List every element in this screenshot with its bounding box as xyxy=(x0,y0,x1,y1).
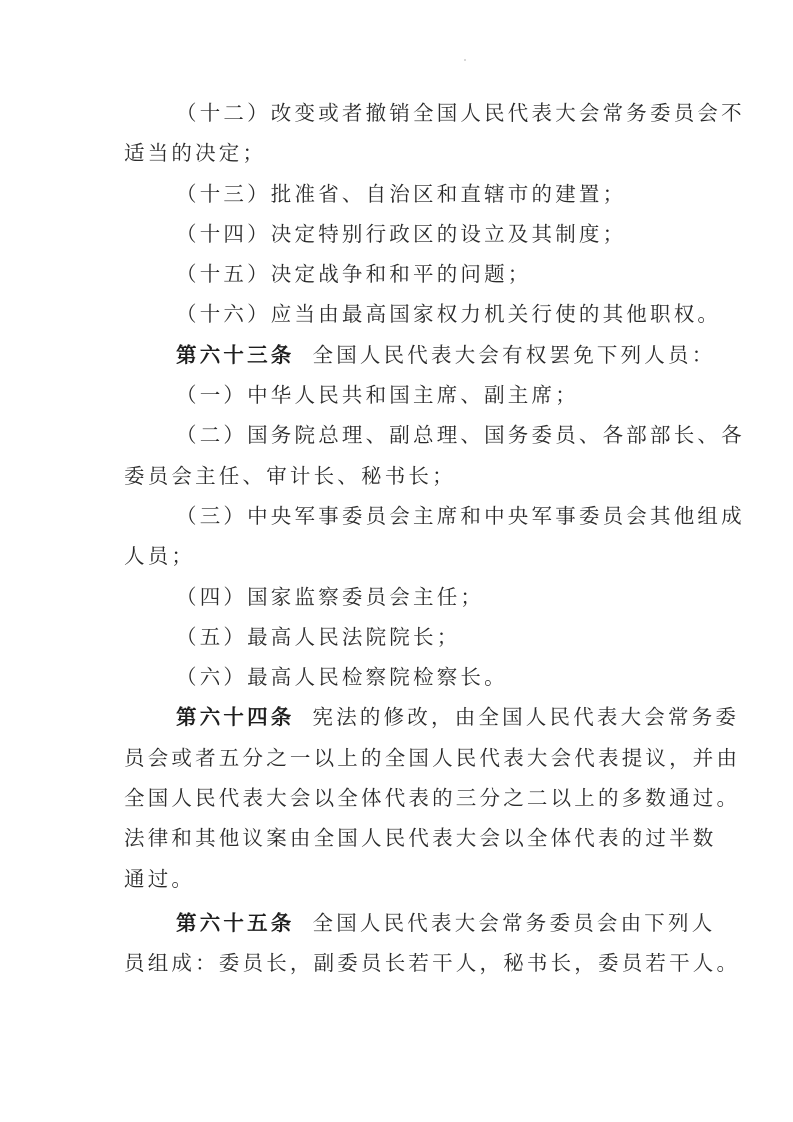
article-text: 全国人民代表大会常务委员会由下列人 xyxy=(313,911,716,935)
text-line: 员会或者五分之一以上的全国人民代表大会代表提议，并由 xyxy=(124,738,688,778)
document-page: （十二）改变或者撤销全国人民代表大会常务委员会不 适当的决定； （十三）批准省、… xyxy=(124,93,688,984)
text-line: （十二）改变或者撤销全国人民代表大会常务委员会不 xyxy=(124,93,688,133)
article-63: 第六十三条全国人民代表大会有权罢免下列人员： xyxy=(124,335,688,375)
text-line: 法律和其他议案由全国人民代表大会以全体代表的过半数 xyxy=(124,818,688,858)
text-line: （十五）决定战争和和平的问题； xyxy=(124,254,688,294)
text-line: 员组成：委员长，副委员长若干人，秘书长，委员若干人。 xyxy=(124,943,688,983)
text-line: （二）国务院总理、副总理、国务委员、各部部长、各 xyxy=(124,415,688,455)
article-heading: 第六十五条 xyxy=(176,911,295,935)
text-line: 委员会主任、审计长、秘书长； xyxy=(124,456,688,496)
text-line: （六）最高人民检察院检察长。 xyxy=(124,657,688,697)
article-intro: 全国人民代表大会有权罢免下列人员： xyxy=(313,343,716,367)
text-line: （十六）应当由最高国家权力机关行使的其他职权。 xyxy=(124,294,688,334)
scan-speck xyxy=(464,59,466,61)
text-line: 通过。 xyxy=(124,859,688,899)
article-heading: 第六十三条 xyxy=(176,343,295,367)
text-line: （五）最高人民法院院长； xyxy=(124,617,688,657)
text-line: （四）国家监察委员会主任； xyxy=(124,577,688,617)
text-line: 人员； xyxy=(124,536,688,576)
text-line: 适当的决定； xyxy=(124,133,688,173)
text-line: （一）中华人民共和国主席、副主席； xyxy=(124,375,688,415)
article-text: 宪法的修改，由全国人民代表大会常务委 xyxy=(313,705,740,729)
article-heading: 第六十四条 xyxy=(176,705,295,729)
text-line: （三）中央军事委员会主席和中央军事委员会其他组成 xyxy=(124,496,688,536)
text-line: （十三）批准省、自治区和直辖市的建置； xyxy=(124,174,688,214)
article-65: 第六十五条全国人民代表大会常务委员会由下列人 xyxy=(124,903,688,943)
text-line: （十四）决定特别行政区的设立及其制度； xyxy=(124,214,688,254)
text-line: 全国人民代表大会以全体代表的三分之二以上的多数通过。 xyxy=(124,778,688,818)
article-64: 第六十四条宪法的修改，由全国人民代表大会常务委 xyxy=(124,697,688,737)
